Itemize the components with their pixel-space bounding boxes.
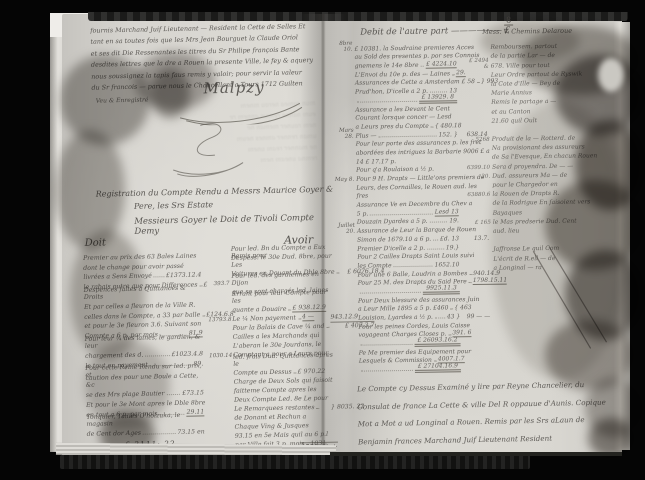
water-stain xyxy=(60,55,150,145)
book-bottom-edge xyxy=(60,455,530,469)
heading-line-2: Pere, les Srs Estate xyxy=(134,196,334,213)
stain-gap xyxy=(598,58,624,92)
ledger-row: £ 27104.16.9 xyxy=(357,363,491,374)
paraph-flourish xyxy=(162,116,263,180)
water-stain xyxy=(490,100,630,380)
archival-photo: mun ramea nerau mnemeum nanne remun anne… xyxy=(0,0,645,480)
registration-heading: Registration du Compte Rendu a Messrs Ma… xyxy=(96,183,334,214)
right-page-bottom-edge xyxy=(330,452,622,456)
debit-column: 8bre 10. £ 10381. la Soudraine premieres… xyxy=(352,42,491,374)
avoir-rows: Pour led. Bn du Compte a Eux Remis pour … xyxy=(229,249,338,449)
avoir-column: Avoir Pour led. Bn du Compte a Eux Remis… xyxy=(207,233,338,450)
water-stain xyxy=(150,68,190,118)
